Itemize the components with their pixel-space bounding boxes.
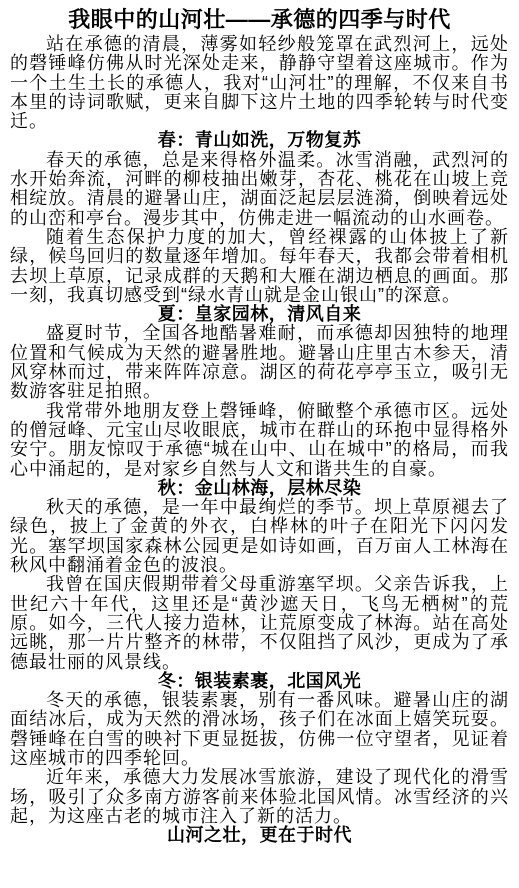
document-title: 我眼中的山河壮——承德的四季与时代 xyxy=(10,0,509,35)
section-heading: 冬：银装素裹，北国风光 xyxy=(10,672,509,691)
section-heading: 夏：皇家园林，清风自来 xyxy=(10,305,509,324)
paragraph: 盛夏时节，全国各地酷暑难耐，而承德却因独特的地理位置和气候成为天然的避暑胜地。避… xyxy=(10,324,509,401)
paragraph: 我常带外地朋友登上磬锤峰，俯瞰整个承德市区。远处的僧冠峰、元宝山尽收眼底，城市在… xyxy=(10,402,509,479)
section-heading: 秋：金山林海，层林尽染 xyxy=(10,479,509,498)
paragraph: 春天的承德，总是来得格外温柔。冰雪消融，武烈河的水开始奔流，河畔的柳枝抽出嫩芽，… xyxy=(10,151,509,228)
paragraph: 站在承德的清晨，薄雾如轻纱般笼罩在武烈河上，远处的磬锤峰仿佛从时光深处走来，静静… xyxy=(10,35,509,131)
paragraph: 秋天的承德，是一年中最绚烂的季节。坝上草原褪去了绿色，披上了金黄的外衣，白桦林的… xyxy=(10,498,509,575)
paragraph: 冬天的承德，银装素裹，别有一番风味。避暑山庄的湖面结冰后，成为天然的滑冰场，孩子… xyxy=(10,691,509,768)
document-page: 我眼中的山河壮——承德的四季与时代 站在承德的清晨，薄雾如轻纱般笼罩在武烈河上，… xyxy=(0,0,519,888)
document-body: 站在承德的清晨，薄雾如轻纱般笼罩在武烈河上，远处的磬锤峰仿佛从时光深处走来，静静… xyxy=(10,35,509,845)
section-heading-partial: 山河之壮，更在于时代 xyxy=(10,826,509,845)
paragraph: 近年来，承德大力发展冰雪旅游，建设了现代化的滑雪场，吸引了众多南方游客前来体验北… xyxy=(10,768,509,826)
section-heading: 春：青山如洗，万物复苏 xyxy=(10,131,509,150)
paragraph: 我曾在国庆假期带着父母重游塞罕坝。父亲告诉我，上世纪六十年代，这里还是“黄沙遮天… xyxy=(10,575,509,671)
paragraph: 随着生态保护力度的加大，曾经裸露的山体披上了新绿，候鸟回归的数量逐年增加。每年春… xyxy=(10,228,509,305)
